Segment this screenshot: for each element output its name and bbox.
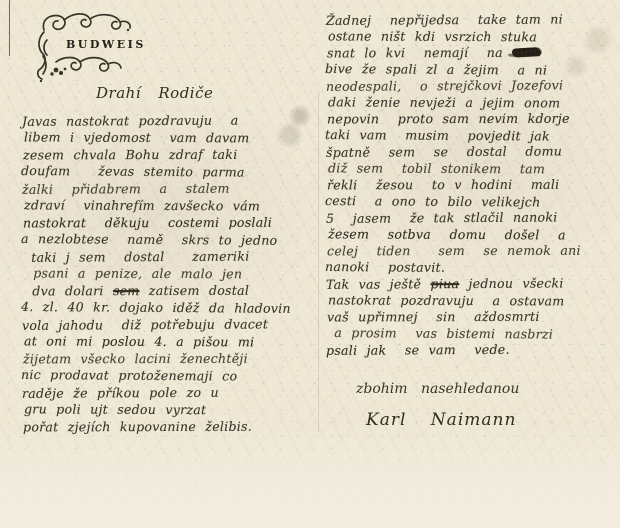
letter-line: nic prodavat protoženemaji co <box>21 366 315 385</box>
letter-line: zesem chvala Bohu zdraf taki <box>23 146 317 164</box>
line-segment: jednou všecki <box>459 275 564 291</box>
letter-closing: zbohim nasehledanou <box>356 381 519 397</box>
letter-page-right: Žadnej nepřijedsa take tam niostane ništ… <box>326 12 618 359</box>
letter-line: řekli žesou to v hodini mali <box>327 177 619 194</box>
letter-line: taki vam musim povjedit jak <box>325 126 617 145</box>
letter-line: nanoki postavit. <box>325 258 617 277</box>
letter-line: neodespali, o strejčkovi Jozefovi <box>326 77 618 95</box>
letter-line: taki j sem dostal zameriki <box>22 247 316 266</box>
letter-line: špatně sem se dostal domu <box>326 143 618 161</box>
letter-line: 5 jasem že tak stlačil nanoki <box>326 209 618 227</box>
letter-line: raděje že příkou pole zo u <box>22 383 316 402</box>
letter-line: nastokrat pozdravuju a ostavam <box>328 292 620 310</box>
letter-line: Tak vas ještě piua jednou všecki <box>326 275 618 293</box>
letter-line: 4. zl. 40 kr. dojako iděž da hladovin <box>21 298 315 317</box>
letter-line: dva dolari sem zatisem dostal <box>23 282 317 300</box>
scan-edge-line <box>9 0 10 56</box>
letter-line: diž sem tobil stonikem tam <box>328 160 620 178</box>
letter-line: bive že spali zl a žejim a ni <box>325 60 617 79</box>
letter-line: vaš upřimnej sin aždosmrti <box>327 309 619 326</box>
letter-line: nepovin proto sam nevim kdorje <box>327 111 619 128</box>
struck-out-word: sem <box>113 283 140 298</box>
letter-line: žijetam všecko lacini ženechtěji <box>23 350 317 368</box>
line-segment: snat lo kvi nemají na <box>327 45 512 60</box>
letter-line: libem i vjedomost vam davam <box>24 128 318 146</box>
letter-line: zdraví vinahrefím zavšecko vám <box>24 196 318 214</box>
letter-line: Žadnej nepřijedsa take tam ni <box>326 11 618 29</box>
letterhead-stamp-text: BUDWEIS <box>66 38 146 51</box>
letter-line: gru poli ujt sedou vyrzat <box>24 400 318 418</box>
letter-line: a nezlobtese namě skrs to jedno <box>21 230 315 249</box>
line-segment: zatisem dostal <box>140 283 250 298</box>
letter-line: cesti a ono to bilo velikejch <box>325 192 617 211</box>
letter-line: snat lo kvi nemají na num <box>327 45 619 62</box>
letter-line: doufam ževas stemito parma <box>21 162 315 181</box>
letter-line: nastokrat děkuju costemi poslali <box>23 214 317 232</box>
page-fold-crease <box>318 92 319 432</box>
letter-page-left: Javas nastokrat pozdravuju alibem i vjed… <box>22 112 316 435</box>
struck-out-word: piua <box>430 276 459 291</box>
letter-line: Javas nastokrat pozdravuju a <box>22 111 316 130</box>
letter-line: vola jahodu diž potřebuju dvacet <box>22 315 316 334</box>
ink-blot: num <box>512 47 541 58</box>
letter-line: at oni mi poslou 4. a pišou mi <box>24 332 318 350</box>
letter-line: celej tiden sem se nemok ani <box>327 243 619 260</box>
letter-line: pořat zjejích kupovanine želibis. <box>23 418 317 436</box>
letter-line: žesem sotbva domu došel a <box>328 226 620 244</box>
letter-line: žalki přidabrem a stalem <box>22 179 316 198</box>
letter-line: psani a penize, ale malo jen <box>24 264 318 282</box>
line-segment: dva dolari <box>23 283 113 298</box>
paper-fade <box>0 428 620 528</box>
letter-line: a prosim vas bistemi nasbrzi <box>325 324 617 343</box>
letter-line: ostane ništ kdi vsrzich stuka <box>328 28 620 46</box>
letter-signature: Karl Naimann <box>366 410 516 430</box>
letter-scan: BUDWEIS Drahí Rodiče Javas nastokrat poz… <box>0 0 620 528</box>
letterhead: BUDWEIS <box>34 10 134 84</box>
letter-line: psali jak se vam vede. <box>326 341 618 359</box>
letter-line: daki ženie nevježi a jejim onom <box>328 94 620 112</box>
line-segment: Tak vas ještě <box>326 276 431 292</box>
letter-salutation: Drahí Rodiče <box>96 84 213 102</box>
